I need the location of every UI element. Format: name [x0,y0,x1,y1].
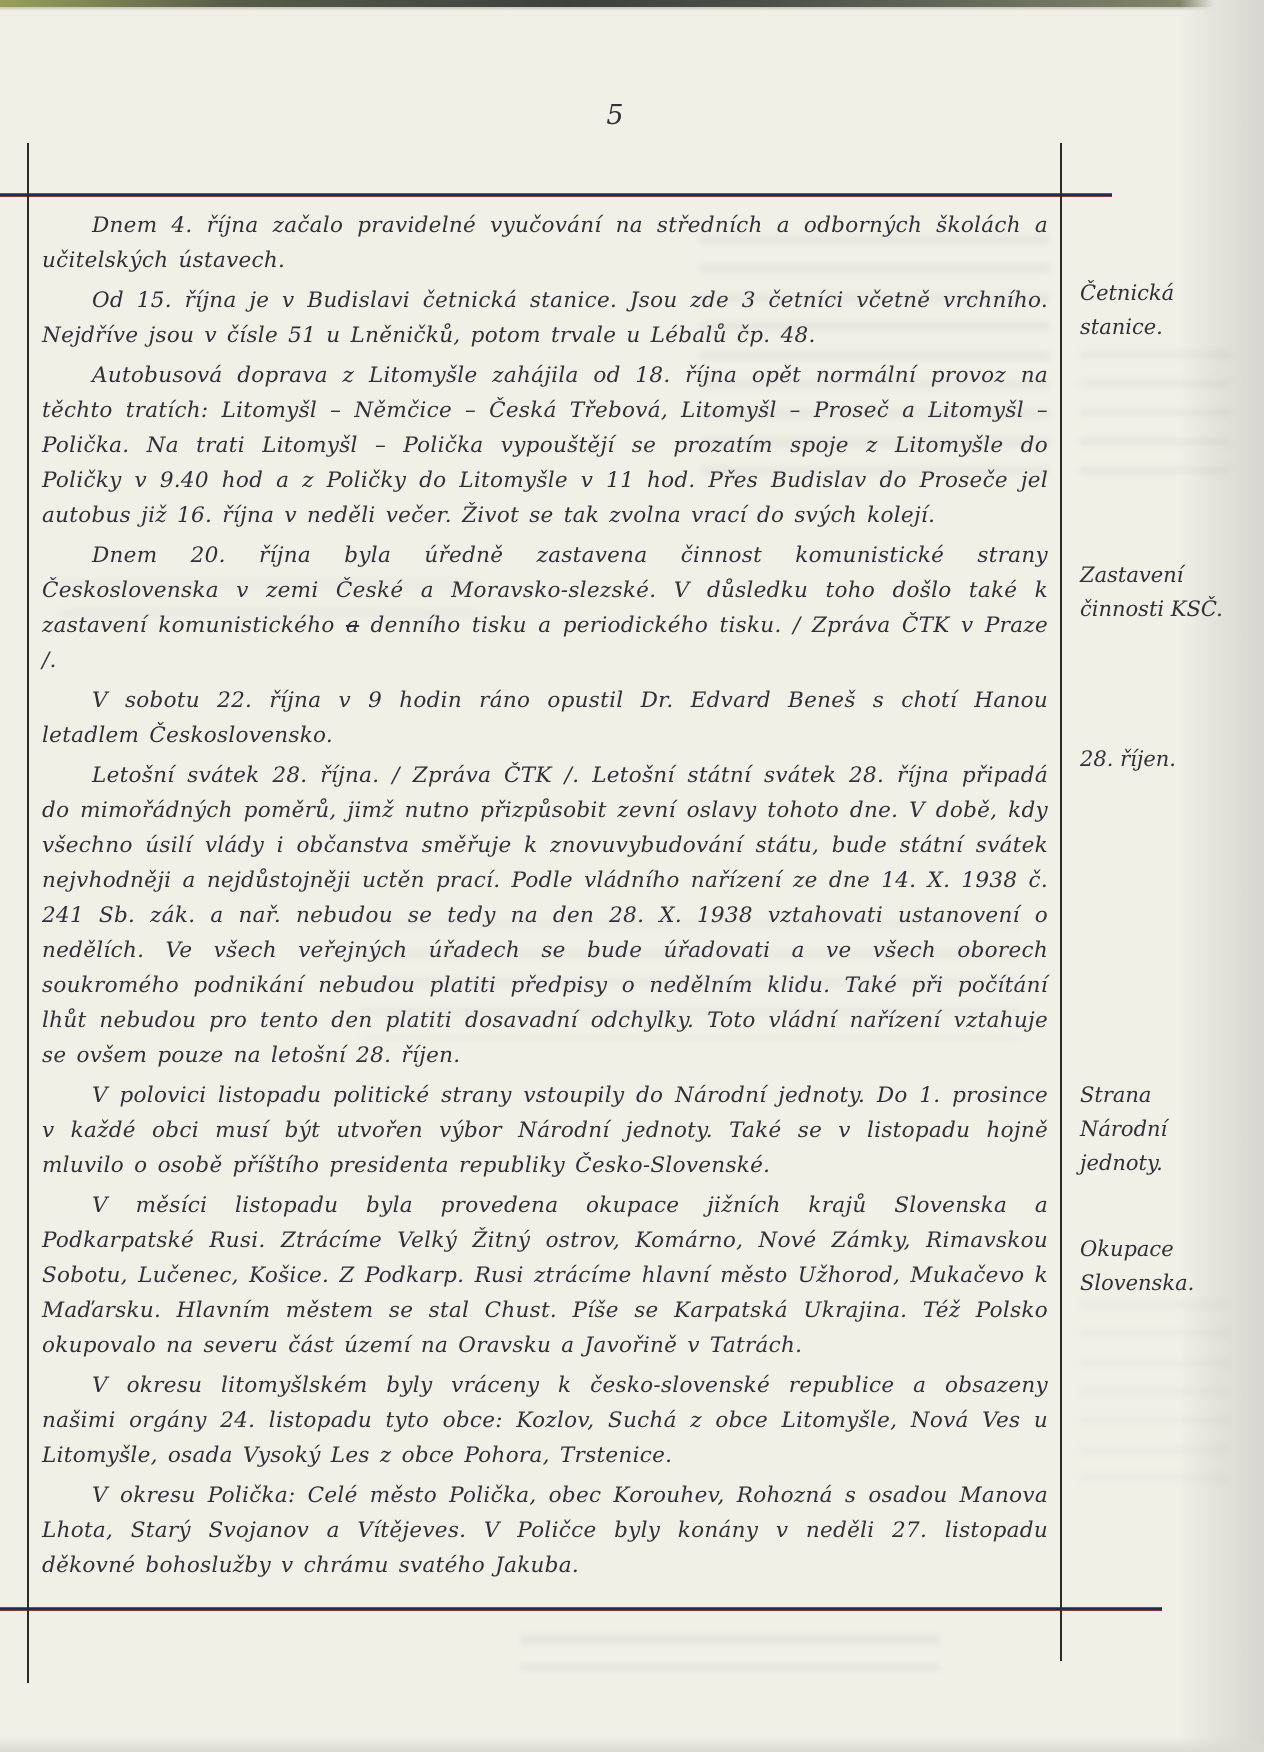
left-margin-line [27,143,29,1683]
margin-note-line: Strana [1080,1078,1256,1112]
margin-note-line: jednoty. [1080,1146,1256,1180]
top-ruled-line [0,193,1112,197]
struck-word: a [346,613,359,638]
margin-note-zastaveni-ksc: Zastavení činnosti KSČ. [1080,558,1256,626]
paragraph-schools: Dnem 4. října začalo pravidelné vyučován… [42,208,1048,278]
paragraph-october-28: Letošní svátek 28. října. / Zpráva ČTK /… [42,758,1048,1073]
paragraph-ksc-ban: Dnem 20. října byla úředně zastavena čin… [42,538,1048,678]
margin-note-line: 28. říjen. [1080,742,1256,776]
page-number: 5 [560,100,670,131]
chronicle-page: 5 Dnem 4. října začalo pravidelné vyučov… [0,0,1264,1752]
margin-note-okupace-slovenska: Okupace Slovenska. [1080,1232,1256,1300]
scan-edge-top-shadow [0,7,1264,11]
scan-edge-top [0,0,1264,7]
main-text-column: Dnem 4. října začalo pravidelné vyučován… [42,208,1048,1588]
paragraph-gendarme-station: Od 15. října je v Budislavi četnická sta… [42,283,1048,353]
paragraph-occupation: V měsíci listopadu byla provedena okupac… [42,1188,1048,1363]
paragraph-bus-service: Autobusová doprava z Litomyšle zahájila … [42,358,1048,533]
margin-note-line: Okupace [1080,1232,1256,1266]
paragraph-national-unity: V polovici listopadu politické strany vs… [42,1078,1048,1183]
margin-note-cetnicka-stanice: Četnická stanice. [1080,276,1256,344]
right-margin-line [1060,143,1062,1661]
scan-edge-bottom [0,1736,1264,1752]
paragraph-litomysl-district: V okresu litomyšlském byly vráceny k čes… [42,1368,1048,1473]
paragraph-policka-district: V okresu Polička: Celé město Polička, ob… [42,1478,1048,1583]
margin-note-line: Zastavení [1080,558,1256,592]
bleed-through-patch [520,1615,940,1670]
margin-note-strana-narodni-jednoty: Strana Národní jednoty. [1080,1078,1256,1180]
margin-note-line: stanice. [1080,310,1256,344]
paragraph-benes-departure: V sobotu 22. října v 9 hodin ráno opusti… [42,683,1048,753]
margin-note-line: Národní [1080,1112,1256,1146]
margin-note-line: Četnická [1080,276,1256,310]
margin-note-28-rijen: 28. říjen. [1080,742,1256,776]
margin-note-line: činnosti KSČ. [1080,592,1256,626]
margin-note-line: Slovenska. [1080,1266,1256,1300]
scan-edge-right [1180,0,1264,1752]
bottom-ruled-line [0,1607,1162,1611]
